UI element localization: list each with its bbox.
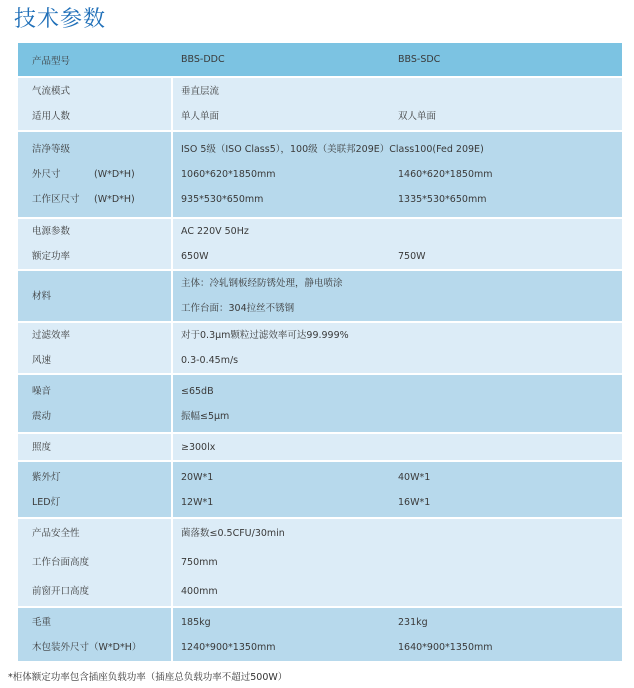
spec-value: AC 220V 50Hz xyxy=(181,219,249,244)
spec-unit: (W*D*H) xyxy=(94,187,135,212)
spec-label: 毛重 xyxy=(32,610,51,635)
footnote: *柜体额定功率包含插座负载功率（插座总负载功率不超过500W） xyxy=(8,669,287,683)
spec-unit: (W*D*H) xyxy=(94,162,135,187)
spec-value-ddc: 12W*1 xyxy=(181,490,398,515)
spec-group-illuminance: 照度 ≥300lx xyxy=(18,434,622,460)
spec-label: 适用人数 xyxy=(32,104,70,129)
spec-label: 过滤效率 xyxy=(32,323,70,348)
spec-label: LED灯 xyxy=(32,490,60,515)
spec-label: 紫外灯 xyxy=(32,465,61,490)
spec-value: 750mm xyxy=(181,548,218,577)
spec-label: 噪音 xyxy=(32,379,51,404)
spec-group-filter: 过滤效率 风速 对于0.3μm颗粒过滤效率可达99.999% 0.3-0.45m… xyxy=(18,323,622,373)
spec-value-ddc: 单人单面 xyxy=(181,104,398,129)
spec-value-sdc: 40W*1 xyxy=(398,465,430,490)
spec-table: 产品型号 BBS-DDC BBS-SDC 气流模式 适用人数 垂直层流 单人单面… xyxy=(18,43,622,663)
spec-value-sdc: 双人单面 xyxy=(398,104,436,129)
model-sdc: BBS-SDC xyxy=(398,54,440,65)
spec-label: 震动 xyxy=(32,404,51,429)
spec-value: 400mm xyxy=(181,577,218,606)
spec-value: ISO 5级（ISO Class5），100级（美联邦209E）Class100… xyxy=(181,137,484,162)
spec-label: 照度 xyxy=(32,435,51,460)
spec-value: 主体：冷轧钢板经防锈处理，静电喷涂 xyxy=(181,271,343,296)
spec-group-power: 电源参数 额定功率 AC 220V 50Hz 650W750W xyxy=(18,219,622,269)
table-header: 产品型号 BBS-DDC BBS-SDC xyxy=(18,43,622,76)
spec-group-weight: 毛重 木包装外尺寸（W*D*H） 185kg231kg 1240*900*135… xyxy=(18,608,622,661)
spec-value-ddc: 20W*1 xyxy=(181,465,398,490)
spec-value: 振幅≤5μm xyxy=(181,404,229,429)
spec-value: ≥300lx xyxy=(181,435,215,460)
spec-group-material: 材料 主体：冷轧钢板经防锈处理，静电喷涂 工作台面：304拉丝不锈钢 xyxy=(18,271,622,321)
spec-value-ddc: 1240*900*1350mm xyxy=(181,635,398,660)
spec-label: 前窗开口高度 xyxy=(32,577,89,606)
spec-group-safety: 产品安全性 工作台面高度 前窗开口高度 菌落数≤0.5CFU/30min 750… xyxy=(18,519,622,606)
spec-value-ddc: 185kg xyxy=(181,610,398,635)
spec-label: 气流模式 xyxy=(32,79,70,104)
spec-label: 工作区尺寸 xyxy=(32,187,94,212)
spec-value-sdc: 1335*530*650mm xyxy=(398,187,486,212)
spec-value: 垂直层流 xyxy=(181,79,219,104)
spec-label: 材料 xyxy=(32,284,51,309)
spec-group-airflow: 气流模式 适用人数 垂直层流 单人单面双人单面 xyxy=(18,78,622,130)
spec-value-sdc: 231kg xyxy=(398,610,428,635)
spec-label: 洁净等级 xyxy=(32,137,70,162)
spec-value-ddc: 1060*620*1850mm xyxy=(181,162,398,187)
spec-value-ddc: 935*530*650mm xyxy=(181,187,398,212)
spec-value: 菌落数≤0.5CFU/30min xyxy=(181,519,285,548)
spec-value-sdc: 750W xyxy=(398,244,426,269)
spec-label: 额定功率 xyxy=(32,244,70,269)
spec-label: 木包装外尺寸（W*D*H） xyxy=(32,635,141,660)
spec-label: 产品安全性 xyxy=(32,519,80,548)
spec-group-noise: 噪音 震动 ≤65dB 振幅≤5μm xyxy=(18,375,622,432)
spec-value-sdc: 16W*1 xyxy=(398,490,430,515)
model-ddc: BBS-DDC xyxy=(173,54,398,65)
spec-label: 风速 xyxy=(32,348,51,373)
spec-group-lamps: 紫外灯 LED灯 20W*140W*1 12W*116W*1 xyxy=(18,462,622,517)
spec-value: 0.3-0.45m/s xyxy=(181,348,238,373)
spec-value: 工作台面：304拉丝不锈钢 xyxy=(181,296,294,321)
header-label: 产品型号 xyxy=(18,53,173,67)
spec-value: 对于0.3μm颗粒过滤效率可达99.999% xyxy=(181,323,349,348)
spec-group-cleanliness: 洁净等级 外尺寸(W*D*H) 工作区尺寸(W*D*H) ISO 5级（ISO … xyxy=(18,132,622,217)
spec-label: 电源参数 xyxy=(32,219,70,244)
spec-value-sdc: 1640*900*1350mm xyxy=(398,635,493,660)
spec-label: 外尺寸 xyxy=(32,162,94,187)
page-title: 技术参数 xyxy=(14,2,106,33)
spec-value: ≤65dB xyxy=(181,379,214,404)
spec-value-sdc: 1460*620*1850mm xyxy=(398,162,493,187)
spec-label: 工作台面高度 xyxy=(32,548,89,577)
spec-value-ddc: 650W xyxy=(181,244,398,269)
